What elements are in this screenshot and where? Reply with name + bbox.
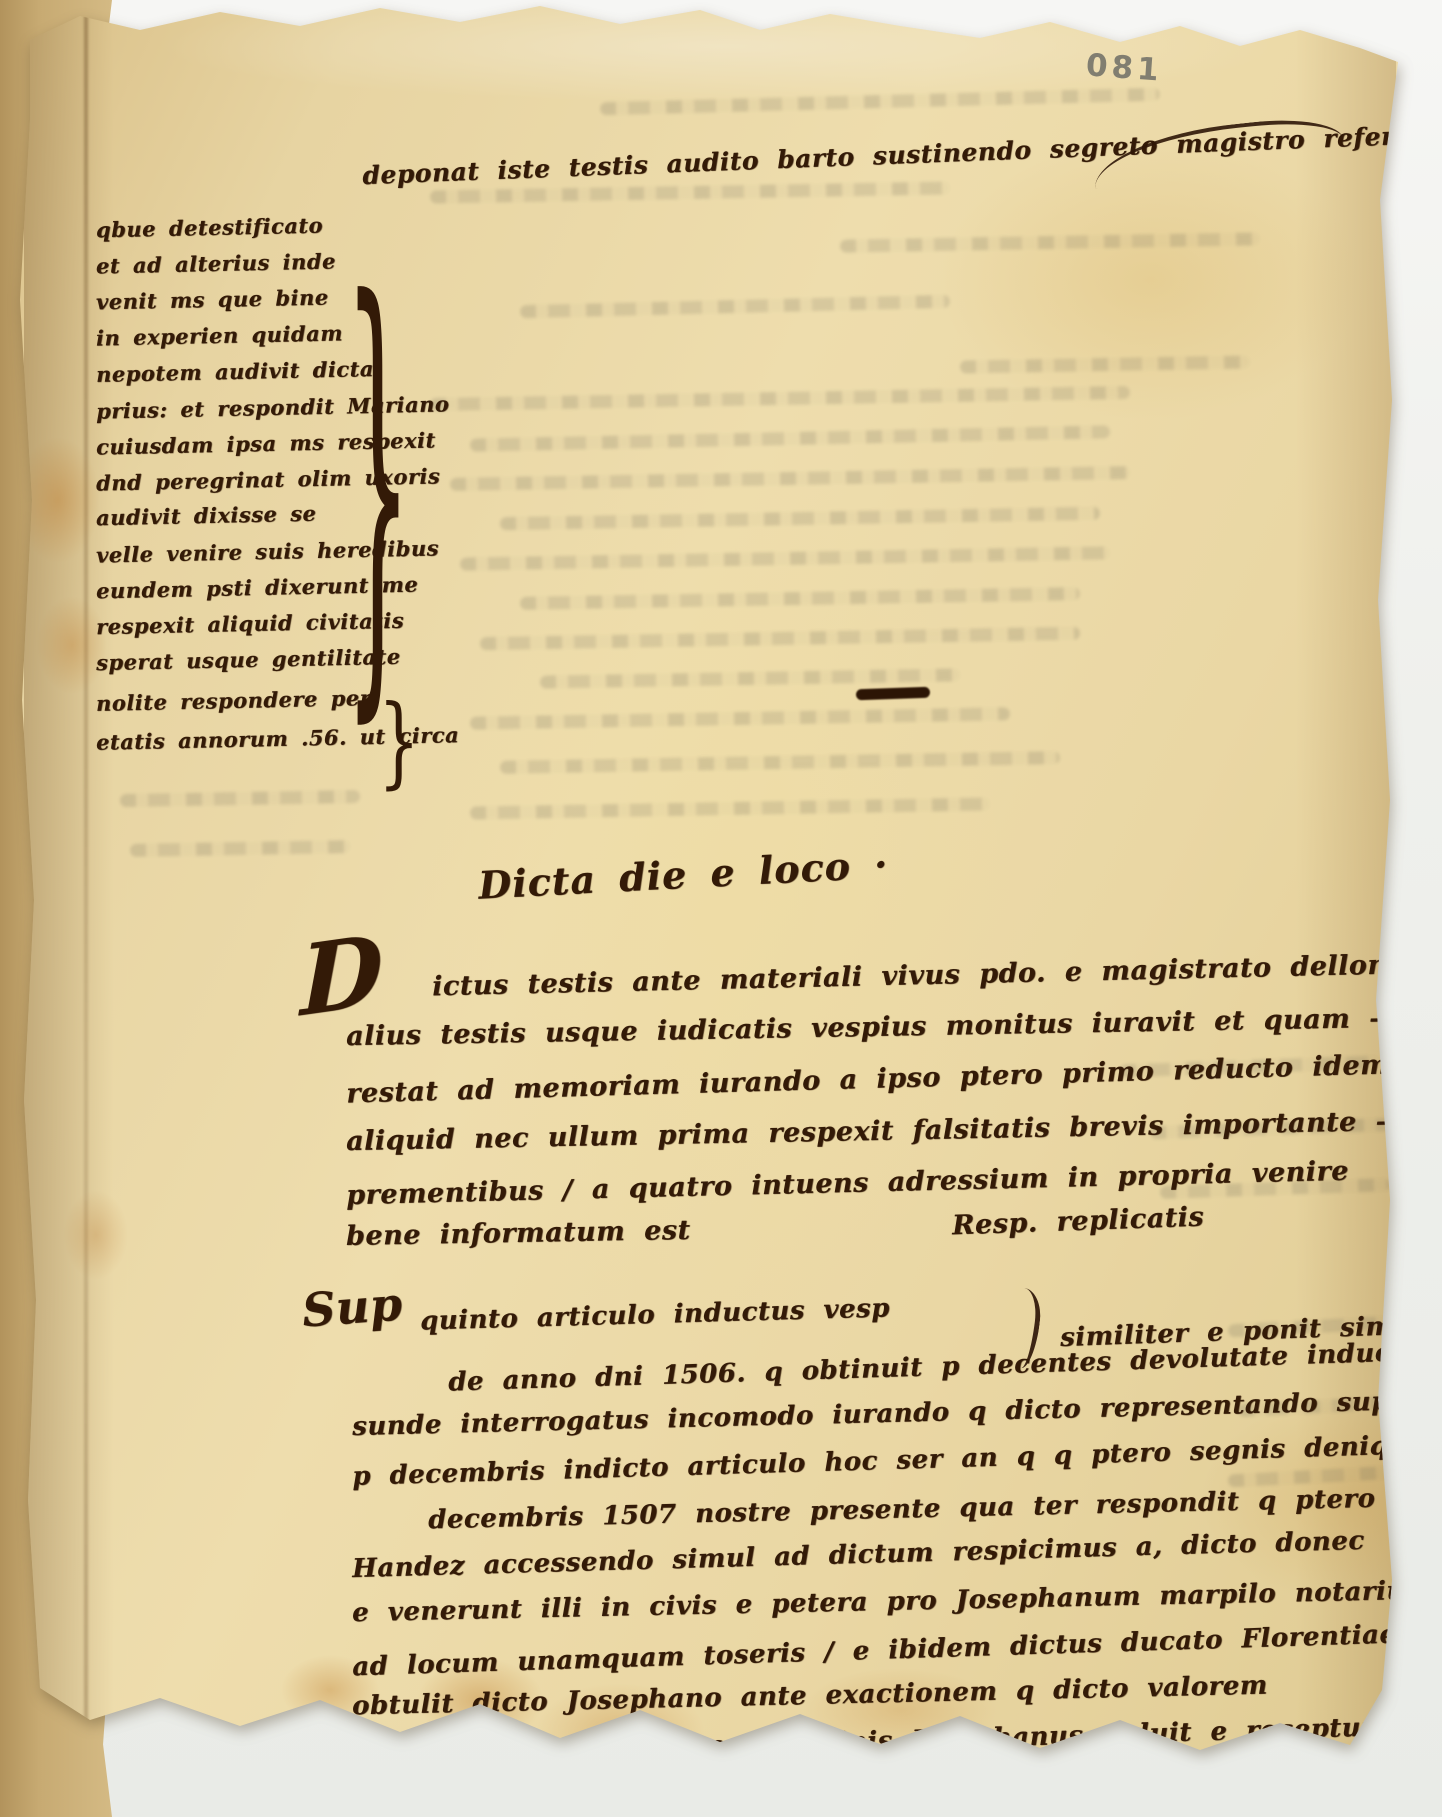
paragraph-1-line: ictus testis ante materiali vivus pdo. e…: [432, 949, 1430, 1003]
paragraph-2-line: ad locum unamquam toseris / e ibidem dic…: [352, 1616, 1442, 1683]
scanned-manuscript-page: 081 deponat iste testis audito barto sus…: [0, 0, 1442, 1817]
margin-note-line: venit ms que bine: [96, 285, 329, 315]
paragraph-1-tail: Resp. replicatis: [952, 1202, 1205, 1242]
margin-brace-small: }: [378, 684, 420, 800]
paragraph-2-line: Handez accessendo simul ad dictum respic…: [352, 1526, 1365, 1584]
paragraph-1-initial: D: [300, 922, 383, 1031]
paragraph-1-line: bene informatum est: [346, 1215, 691, 1252]
section-heading: Dicta die e loco ·: [477, 841, 889, 907]
binding-crease: [84, 0, 88, 1817]
paragraph-2-line: e venerunt illi in civis e petera pro Jo…: [352, 1576, 1421, 1628]
paragraph-1-line: restat ad memoriam iurando a ipso ptero …: [346, 1049, 1390, 1109]
paragraph-2-line: dictam quantitatibus ori q ptinis Joseph…: [364, 1711, 1423, 1771]
paragraph-2-opener: Sup: [301, 1281, 404, 1334]
parchment-page: 081 deponat iste testis audito barto sus…: [0, 0, 1442, 1817]
paragraph-2-line: obtulit dicto Josephano ante exactionem …: [352, 1671, 1268, 1722]
folio-number: 081: [1085, 47, 1164, 88]
margin-note-line: nolite respondere per: [96, 685, 372, 716]
paragraph-1-line: alius testis usque iudicatis vespius mon…: [346, 1003, 1397, 1052]
paragraph-1-line: aliquid nec ullum prima respexit falsita…: [346, 1106, 1404, 1157]
paragraph-2-line: quinto articulo inductus vesp: [420, 1293, 891, 1336]
margin-note-line: nepotem audivit dicta: [96, 356, 374, 387]
margin-note-line: audivit dixisse se: [96, 501, 317, 531]
page-wrap: 081 deponat iste testis audito barto sus…: [0, 0, 1442, 1817]
margin-note-line: qbue detestificato: [96, 213, 324, 243]
margin-note-line: in experien quidam: [96, 320, 343, 350]
margin-brace: }: [344, 208, 411, 762]
ink-blot: [856, 687, 930, 701]
margin-note-line: et ad alterius inde: [96, 248, 336, 278]
